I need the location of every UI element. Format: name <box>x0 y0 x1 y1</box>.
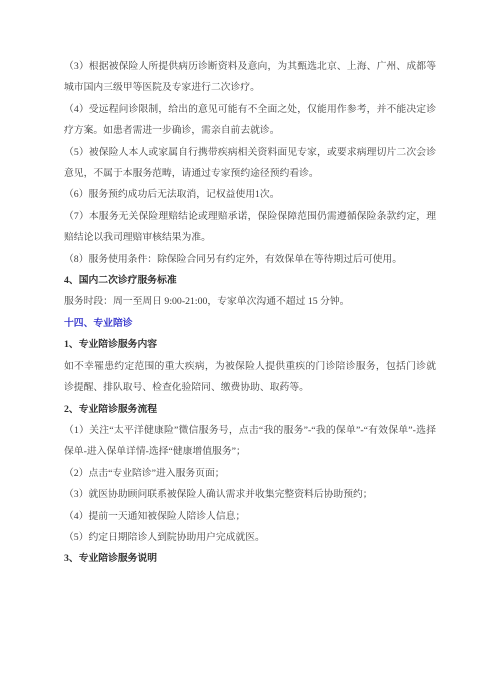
process-step-item: （1）关注“太平洋健康险”微信服务号，点击“我的服务”-“我的保单”-“有效保单… <box>64 420 436 463</box>
subsection-heading-service-content: 1、专业陪诊服务内容 <box>64 334 436 355</box>
subsection-heading-service-notes: 3、专业陪诊服务说明 <box>64 548 436 569</box>
clause-paragraph: （3）根据被保险人所提供病历诊断资料及意向，为其甄选北京、上海、广州、成都等城市… <box>64 56 436 99</box>
clause-paragraph: （8）服务使用条件：除保险合同另有约定外，有效保单在等待期过后可使用。 <box>64 249 436 270</box>
process-step-item: （3）就医协助顾问联系被保险人确认需求并收集完整资料后协助预约； <box>64 484 436 505</box>
clause-paragraph: （5）被保险人本人或家属自行携带疾病相关资料面见专家，或要求病理切片二次会诊意见… <box>64 142 436 185</box>
subsection-heading-service-process: 2、专业陪诊服务流程 <box>64 399 436 420</box>
process-step-item: （2）点击“专业陪诊”进入服务页面； <box>64 463 436 484</box>
chapter-heading-accompany-visit: 十四、专业陪诊 <box>64 313 436 334</box>
process-step-item: （4）提前一天通知被保险人陪诊人信息； <box>64 506 436 527</box>
process-step-item: （5）约定日期陪诊人到院协助用户完成就医。 <box>64 527 436 548</box>
clause-paragraph: （4）受远程问诊限制，给出的意见可能有不全面之处，仅能用作参考，并不能决定诊疗方… <box>64 99 436 142</box>
subsection-heading-service-standard: 4、国内二次诊疗服务标准 <box>64 270 436 291</box>
service-content-paragraph: 如不幸罹患约定范围的重大疾病，为被保险人提供重疾的门诊陪诊服务，包括门诊就诊提醒… <box>64 356 436 399</box>
clause-paragraph: （6）服务预约成功后无法取消，记权益使用1次。 <box>64 184 436 205</box>
service-hours-text: 服务时段：周一至周日 9:00-21:00，专家单次沟通不超过 15 分钟。 <box>64 291 436 312</box>
clause-paragraph: （7）本服务无关保险理赔结论或理赔承诺，保险保障范围仍需遵循保险条款约定，理赔结… <box>64 206 436 249</box>
document-page: （3）根据被保险人所提供病历诊断资料及意向，为其甄选北京、上海、广州、成都等城市… <box>0 0 495 700</box>
